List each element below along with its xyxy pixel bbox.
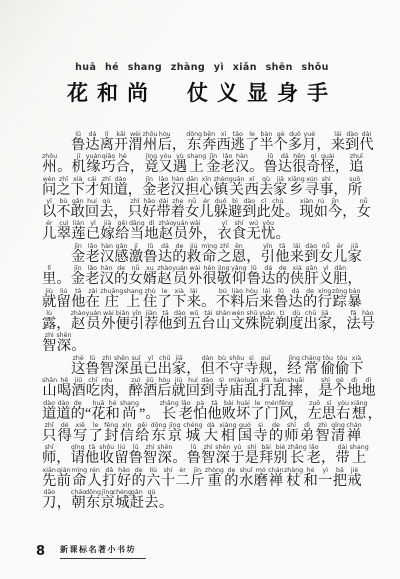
- hanzi-character: 行: [318, 295, 332, 311]
- hanzi-character: 只: [42, 429, 56, 445]
- hanzi-character: 到: [200, 384, 214, 400]
- hanzi-cell: qí奇: [306, 153, 320, 176]
- hanzi-character: 清: [331, 429, 345, 445]
- hanzi-cell: gǎn赶: [130, 489, 145, 512]
- hanzi-character: 儿: [333, 250, 347, 266]
- hanzi-character: 好: [142, 205, 156, 221]
- hanzi-cell: gǎn敢: [71, 198, 85, 221]
- text-line: zhè这lǔ鲁zhì智shēn深suī虽yǐ已chū出jiā家 ，dàn但bù不…: [42, 355, 362, 377]
- hanzi-cell: shì是: [318, 377, 332, 400]
- hanzi-cell: yǐn引: [130, 310, 144, 333]
- hanzi-character: 问: [42, 183, 56, 199]
- hanzi-character: 深: [57, 339, 71, 355]
- hanzi-character: 食: [232, 227, 246, 243]
- hanzi-cell: gè个: [274, 131, 288, 154]
- hanzi-character: 儿: [199, 205, 213, 221]
- hanzi-character: 激: [129, 250, 143, 266]
- hanzi-cell: ，: [56, 444, 70, 467]
- hanzi-cell: shí十: [161, 467, 175, 490]
- hanzi-character: 磨: [254, 474, 268, 490]
- hanzi-cell: kāi开: [114, 131, 128, 154]
- hanzi-character: 去: [144, 496, 158, 512]
- hanzi-character: ，: [342, 205, 356, 221]
- chapter-title-pinyin: huā hé shang zhàng yì xiǎn shēn shǒu: [42, 62, 362, 73]
- text-line: wèn问zhī之xià下cái才zhī知dào道 ，jīn金lǎo老hàn汉dā…: [42, 176, 362, 198]
- hanzi-character: ，: [333, 183, 347, 199]
- hanzi-cell: guān关: [229, 176, 245, 199]
- hanzi-cell: ，: [246, 243, 260, 266]
- hanzi-cell: cái才: [85, 176, 99, 199]
- hanzi-character: 老: [179, 407, 193, 423]
- hanzi-cell: xiě写: [73, 422, 87, 445]
- hanzi-cell: ，: [293, 400, 307, 423]
- hanzi-character: 老: [307, 451, 321, 467]
- hanzi-character: 达: [261, 272, 275, 288]
- hanzi-cell: xī西: [216, 131, 230, 154]
- hanzi-cell: zhì智: [201, 444, 215, 467]
- hanzi-character: 但: [201, 362, 215, 378]
- hanzi-character: 渭: [128, 138, 142, 154]
- hanzi-cell: wǔ五: [187, 310, 201, 333]
- hanzi-cell: ròu肉: [100, 377, 114, 400]
- hanzi-cell: fēng风: [279, 400, 293, 423]
- hanzi-cell: ，: [172, 131, 186, 154]
- hanzi-cell: jiā家: [273, 176, 287, 199]
- hanzi-cell: bēn奔: [202, 131, 216, 154]
- hanzi-cell: ，: [335, 153, 349, 176]
- hanzi-character: 引: [130, 317, 144, 333]
- hanzi-cell: ，: [321, 444, 335, 467]
- hanzi-character: 请: [71, 451, 85, 467]
- hanzi-character: 收: [100, 451, 114, 467]
- text-line: zhì智shēn深 。: [42, 333, 362, 355]
- hanzi-cell: jiā家: [172, 355, 186, 378]
- hanzi-cell: ，: [57, 489, 72, 512]
- hanzi-cell: bù不: [56, 198, 70, 221]
- hanzi-cell: xià下: [172, 288, 186, 311]
- hanzi-character: 达: [278, 160, 292, 176]
- hanzi-character: 了: [245, 138, 259, 154]
- hanzi-character: 。: [285, 205, 299, 221]
- hanzi-character: ，: [335, 160, 349, 176]
- hanzi-character: 道: [113, 183, 127, 199]
- hanzi-character: 镇: [214, 183, 228, 199]
- hanzi-character: 员: [173, 272, 187, 288]
- hanzi-cell: shang上: [187, 153, 206, 176]
- hanzi-cell: sì寺: [214, 377, 228, 400]
- hanzi-character: 门: [265, 407, 279, 423]
- hanzi-character: 代: [359, 138, 373, 154]
- hanzi-character: 禅: [347, 429, 361, 445]
- hanzi-cell: jiǔ酒: [143, 377, 157, 400]
- hanzi-cell: lái来: [290, 243, 304, 266]
- hanzi-cell: mìng命: [71, 467, 87, 490]
- hanzi-character: 之: [56, 183, 70, 199]
- hanzi-cell: chù处: [271, 198, 285, 221]
- hanzi-cell: bǎ把: [333, 467, 347, 490]
- hanzi-cell: zhe着: [171, 198, 185, 221]
- hanzi-cell: ，: [333, 176, 347, 199]
- hanzi-cell: jiù救: [187, 243, 201, 266]
- hanzi-cell: le了: [89, 422, 103, 445]
- hanzi-character: 老: [156, 183, 170, 199]
- body-lines: lǔ鲁dá达lí离kāi开wèi渭zhōu州hòu后 ，dōng东bēn奔xī西…: [42, 131, 362, 512]
- hanzi-character: 的: [303, 295, 317, 311]
- hanzi-cell: zhì智: [100, 355, 114, 378]
- hanzi-character: 山: [42, 384, 56, 400]
- hanzi-character: 剃: [275, 317, 289, 333]
- hanzi-cell: yōu忧: [261, 220, 276, 243]
- hanzi-character: 带: [156, 205, 170, 221]
- hanzi-character: 给: [135, 429, 149, 445]
- hanzi-character: 虽: [129, 362, 143, 378]
- hanzi-character: 到: [345, 138, 359, 154]
- hanzi-cell: zuǒ左: [307, 400, 321, 423]
- hanzi-cell: dāng当: [130, 220, 145, 243]
- hanzi-character: 智: [42, 339, 56, 355]
- hanzi-cell: dà大: [204, 422, 218, 445]
- hanzi-cell: tā他: [158, 310, 172, 333]
- hanzi-cell: tā他: [275, 243, 289, 266]
- hanzi-cell: qīng清: [331, 422, 345, 445]
- hanzi-character: 。: [57, 160, 71, 176]
- hanzi-character: 关: [230, 183, 244, 199]
- hanzi-character: 打: [259, 384, 273, 400]
- hanzi-cell: zhì智: [42, 332, 57, 355]
- hanzi-character: 号: [361, 317, 375, 333]
- hanzi-cell: tā他: [85, 444, 99, 467]
- hanzi-cell: dài代: [359, 131, 373, 154]
- hanzi-cell: 。: [57, 153, 71, 176]
- hanzi-cell: liù六: [146, 467, 160, 490]
- hanzi-cell: hàn汉: [171, 176, 185, 199]
- hanzi-cell: liú留: [57, 288, 71, 311]
- hanzi-cell: jià嫁: [100, 220, 115, 243]
- hanzi-cell: xún寻: [305, 176, 319, 199]
- hanzi-character: 外: [188, 272, 202, 288]
- hanzi-character: 后: [157, 384, 171, 400]
- hanzi-character: 鲁: [187, 451, 201, 467]
- hanzi-character: 怕: [193, 407, 207, 423]
- text-line: jiù就liú留tā他zài在zhuāng庄shang上zhù住le了xià下l…: [42, 288, 362, 310]
- hanzi-cell: zhì智: [315, 422, 329, 445]
- hanzi-cell: gěi给: [135, 422, 149, 445]
- hanzi-cell: gǎn感: [114, 243, 128, 266]
- hanzi-cell: suǒ所: [348, 176, 362, 199]
- hanzi-cell: xiàng相: [219, 422, 236, 445]
- hanzi-character: 肉: [100, 384, 114, 400]
- hanzi-character: ，: [114, 384, 128, 400]
- hanzi-character: 台: [201, 317, 215, 333]
- text-line: zhǐ只dé得xiě写le了fēng封xìn信gěi给dōng东jīng京ché…: [42, 422, 362, 444]
- hanzi-cell: cháng常: [301, 355, 320, 378]
- hanzi-character: 京: [168, 429, 182, 445]
- hanzi-cell: luàn乱: [244, 377, 258, 400]
- hanzi-cell: yòu又: [159, 153, 173, 176]
- hanzi-cell: mó磨: [254, 467, 268, 490]
- hanzi-cell: suī虽: [129, 355, 143, 378]
- hanzi-character: 的: [172, 250, 186, 266]
- hanzi-character: 金: [71, 250, 85, 266]
- hanzi-character: 寺: [244, 362, 258, 378]
- hanzi-character: 。: [276, 227, 290, 243]
- hanzi-cell: duǒ躲: [214, 198, 228, 221]
- hanzi-cell: hòu后: [158, 131, 172, 154]
- hanzi-cell: yuàn院: [259, 310, 275, 333]
- hanzi-cell: ，: [273, 355, 287, 378]
- hanzi-character: 担: [185, 183, 199, 199]
- hanzi-character: 。: [201, 295, 215, 311]
- text-line: shān山hē喝jiǔ酒chī吃ròu肉 ，zuì醉jiǔ酒hòu后jiù就hu…: [42, 377, 362, 399]
- hanzi-character: 家: [273, 183, 287, 199]
- hanzi-character: 是: [245, 451, 259, 467]
- hanzi-character: 西: [245, 183, 259, 199]
- hanzi-cell: dǎ打: [259, 377, 273, 400]
- hanzi-character: ，: [293, 407, 307, 423]
- hanzi-character: 他: [71, 295, 85, 311]
- hanzi-character: 到: [173, 317, 187, 333]
- hanzi-cell: jīn金: [71, 243, 85, 266]
- hanzi-character: 女: [319, 250, 333, 266]
- hanzi-cell: miào庙: [229, 377, 245, 400]
- hanzi-character: 来: [290, 250, 304, 266]
- hanzi-character: 他: [85, 451, 99, 467]
- hanzi-character: 员: [173, 227, 187, 243]
- hanzi-character: 现: [299, 205, 313, 221]
- hanzi-character: 出: [158, 362, 172, 378]
- hanzi-character: ，: [203, 227, 217, 243]
- hanzi-cell: shēn深: [157, 444, 172, 467]
- hanzi-cell: 。: [56, 265, 70, 288]
- hanzi-cell: lǔ鲁: [263, 153, 277, 176]
- hanzi-character: 赵: [159, 227, 173, 243]
- hanzi-cell: zhǎng长: [160, 400, 179, 423]
- hanzi-character: 就: [172, 384, 186, 400]
- hanzi-cell: qù去: [144, 489, 159, 512]
- hanzi-cell: sì寺: [244, 355, 258, 378]
- hanzi-cell: jī机: [71, 153, 85, 176]
- chapter-title-block: huā hé shang zhàng yì xiǎn shēn shǒu 花和尚…: [42, 62, 362, 107]
- hanzi-cell: zhōu州: [142, 131, 157, 154]
- hanzi-character: 好: [117, 474, 131, 490]
- hanzi-cell: yī衣: [217, 220, 232, 243]
- hanzi-cell: shì事: [319, 176, 333, 199]
- hanzi-character: 人: [88, 474, 102, 490]
- hanzi-character: 风: [279, 407, 293, 423]
- hanzi-cell: lǎo老: [221, 153, 235, 176]
- hanzi-character: 合: [116, 160, 130, 176]
- hanzi-character: 缘: [86, 160, 100, 176]
- hanzi-character: 怪: [321, 160, 335, 176]
- hanzi-cell: dá达: [85, 131, 99, 154]
- hanzi-character: 鲁: [247, 272, 261, 288]
- hanzi-cell: ér儿: [42, 220, 57, 243]
- hanzi-character: ，: [347, 272, 361, 288]
- hanzi-character: 的: [224, 474, 238, 490]
- hanzi-character: 寺: [253, 429, 267, 445]
- hanzi-cell: dá达: [261, 265, 275, 288]
- hanzi-character: 。: [249, 160, 263, 176]
- hanzi-character: 暴: [347, 295, 361, 311]
- hanzi-cell: jiè戒: [347, 467, 361, 490]
- hanzi-character: 深: [158, 451, 172, 467]
- hanzi-cell: hé和: [303, 467, 317, 490]
- hanzi-character: 来: [259, 295, 273, 311]
- hanzi-cell: dǎn胆: [333, 265, 347, 288]
- hanzi-character: 赵: [71, 317, 85, 333]
- hanzi-character: 信: [120, 429, 134, 445]
- hanzi-cell: gān肝: [304, 265, 318, 288]
- hanzi-cell: wú无: [246, 220, 261, 243]
- hanzi-character: 。: [56, 272, 70, 288]
- hanzi-cell: ér儿: [333, 243, 347, 266]
- hanzi-cell: dào到: [242, 198, 256, 221]
- hanzi-character: 智: [100, 362, 114, 378]
- hanzi-character: 吃: [86, 384, 100, 400]
- hanzi-character: ，: [56, 451, 70, 467]
- hanzi-cell: sì寺: [253, 422, 267, 445]
- hanzi-character: 打: [102, 474, 116, 490]
- hanzi-character: 个: [274, 138, 288, 154]
- hanzi-cell: rén人: [88, 467, 102, 490]
- hanzi-character: 带: [335, 451, 349, 467]
- hanzi-cell: ，: [113, 198, 127, 221]
- hanzi-cell: qián前: [57, 467, 71, 490]
- hanzi-cell: hòu后: [245, 288, 259, 311]
- text-line: yǐ以bù不gǎn敢huí回qù去 ，zhǐ只hǎo好dài带zhe着nǚ女ér…: [42, 198, 362, 220]
- hanzi-character: 五: [187, 317, 201, 333]
- hanzi-cell: dào到: [345, 131, 359, 154]
- hanzi-character: 西: [216, 138, 230, 154]
- hanzi-cell: lái来: [331, 131, 345, 154]
- hanzi-cell: hào号: [361, 310, 375, 333]
- hanzi-cell: tái台: [201, 310, 215, 333]
- hanzi-character: 胆: [333, 272, 347, 288]
- hanzi-character: 上: [352, 451, 366, 467]
- hanzi-character: ，: [113, 205, 127, 221]
- hanzi-character: 金: [71, 272, 85, 288]
- hanzi-character: 引: [261, 250, 275, 266]
- hanzi-character: 师: [42, 451, 56, 467]
- hanzi-cell: le了: [245, 131, 259, 154]
- hanzi-character: 机: [71, 160, 85, 176]
- hanzi-character: 的: [276, 272, 290, 288]
- hanzi-character: 深: [216, 451, 230, 467]
- hanzi-cell: dào道: [56, 400, 70, 423]
- hanzi-cell: hǎo好: [117, 467, 131, 490]
- hanzi-character: 东: [86, 496, 100, 512]
- hanzi-cell: dǎ打: [102, 467, 116, 490]
- hanzi-character: 庄: [105, 295, 119, 311]
- hanzi-cell: jīn今: [328, 198, 342, 221]
- hanzi-cell: hǎo好: [142, 198, 156, 221]
- hanzi-character: 别: [273, 451, 287, 467]
- hanzi-cell: dì弟: [300, 422, 314, 445]
- hanzi-cell: zhǐ只: [128, 198, 142, 221]
- hanzi-cell: xiá侠: [290, 265, 304, 288]
- hanzi-cell: ，: [203, 220, 218, 243]
- hanzi-character: 鲁: [274, 295, 288, 311]
- hanzi-cell: lǔ鲁: [85, 355, 99, 378]
- chapter-title: 花和尚 仗义显身手: [42, 77, 362, 107]
- hanzi-character: 汉: [100, 272, 114, 288]
- hanzi-cell: de的: [224, 467, 238, 490]
- hanzi-character: 法: [346, 317, 360, 333]
- hanzi-cell: 。: [159, 489, 174, 512]
- hanzi-character: 汉: [100, 250, 114, 266]
- hanzi-character: 多: [288, 138, 302, 154]
- hanzi-character: 。: [172, 451, 186, 467]
- hanzi-cell: qù去: [259, 176, 273, 199]
- text-line: dào道dào道de的 “huā花hé和shang尚 ” 。zhǎng长lǎo老…: [42, 400, 362, 422]
- hanzi-character: 的: [71, 407, 85, 423]
- hanzi-character: 家: [347, 250, 361, 266]
- hanzi-cell: hàn汉: [100, 265, 114, 288]
- hanzi-cell: zhì智: [143, 444, 157, 467]
- hanzi-character: 了: [250, 407, 264, 423]
- hanzi-cell: xīn心: [199, 176, 213, 199]
- hanzi-character: 回: [186, 384, 200, 400]
- hanzi-cell: ，: [304, 377, 318, 400]
- hanzi-character: 已: [143, 362, 157, 378]
- hanzi-cell: de的: [172, 243, 186, 266]
- hanzi-cell: dài带: [156, 198, 170, 221]
- hanzi-cell: jī激: [129, 243, 143, 266]
- hanzi-cell: wài外: [188, 220, 203, 243]
- hanzi-character: 衣: [217, 227, 231, 243]
- hanzi-character: 又: [159, 160, 173, 176]
- hanzi-character: 在: [86, 295, 100, 311]
- hanzi-cell: 。: [201, 288, 215, 311]
- hanzi-character: 了: [158, 295, 172, 311]
- hanzi-character: 智: [315, 429, 329, 445]
- hanzi-character: 乱: [273, 384, 287, 400]
- hanzi-cell: jiǔ酒: [71, 377, 85, 400]
- hanzi-character: 无: [246, 227, 260, 243]
- hanzi-character: 。: [71, 339, 85, 355]
- hanzi-character: 忧: [261, 227, 275, 243]
- hanzi-cell: dān担: [185, 176, 199, 199]
- hanzi-character: 智: [201, 451, 215, 467]
- hanzi-cell: lǎo老: [156, 176, 170, 199]
- hanzi-cell: shōu收: [99, 444, 114, 467]
- hanzi-character: 的: [132, 474, 146, 490]
- hanzi-character: 他: [275, 250, 289, 266]
- hanzi-character: 酒: [71, 384, 85, 400]
- hanzi-cell: cǐ此: [256, 198, 270, 221]
- hanzi-character: 去: [259, 183, 273, 199]
- hanzi-character: 把: [333, 474, 347, 490]
- hanzi-cell: jiàn荐: [144, 310, 158, 333]
- hanzi-cell: yuán员: [172, 265, 188, 288]
- hanzi-cell: luàn乱: [273, 377, 287, 400]
- hanzi-cell: jiù就: [42, 288, 56, 311]
- hanzi-cell: chán禅: [268, 467, 283, 490]
- hanzi-character: 女: [185, 205, 199, 221]
- hanzi-cell: nǚ女: [357, 198, 371, 221]
- hanzi-cell: shang上: [350, 444, 369, 467]
- hanzi-cell: yuè月: [302, 131, 316, 154]
- hanzi-cell: yuán员: [173, 220, 188, 243]
- hanzi-character: 女: [357, 205, 371, 221]
- hanzi-cell: de的: [269, 422, 283, 445]
- hanzi-character: 的: [269, 429, 283, 445]
- hanzi-character: 荐: [144, 317, 158, 333]
- hanzi-cell: chéng城: [183, 422, 202, 445]
- text-line: lǔ鲁dá达lí离kāi开wèi渭zhōu州hòu后 ，dōng东bēn奔xī西…: [42, 131, 362, 153]
- hanzi-cell: de的: [71, 400, 85, 423]
- hanzi-cell: lǔ鲁: [274, 288, 288, 311]
